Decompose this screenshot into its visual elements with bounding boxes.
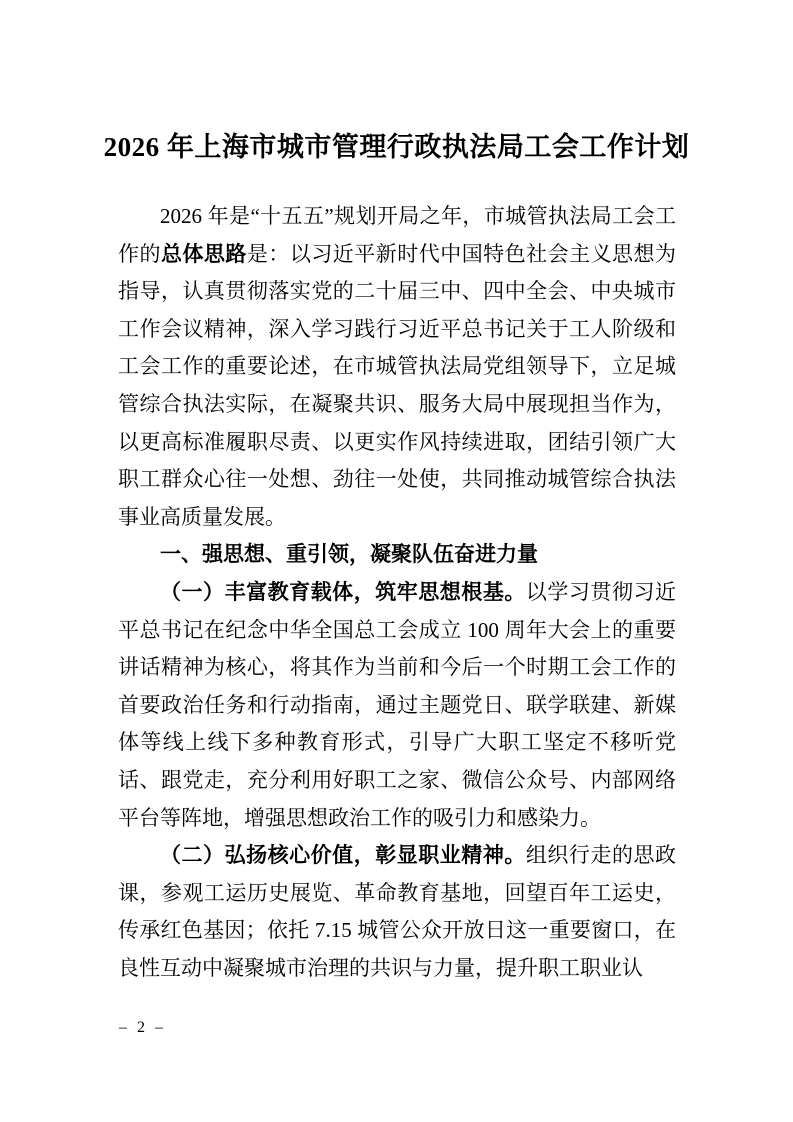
section-1-item-1: （一）丰富教育载体，筑牢思想根基。以学习贯彻习近平总书记在纪念中华全国总工会成立… <box>118 574 676 837</box>
document-body: 2026 年是“十五五”规划开局之年，市城管执法局工会工作的总体思路是：以习近平… <box>118 198 676 987</box>
document-title: 2026 年上海市城市管理行政执法局工会工作计划 <box>60 127 733 167</box>
intro-paragraph: 2026 年是“十五五”规划开局之年，市城管执法局工会工作的总体思路是：以习近平… <box>118 198 676 536</box>
section-1-item-2: （二）弘扬核心价值，彰显职业精神。组织行走的思政课，参观工运历史展览、革命教育基… <box>118 837 676 987</box>
item-2-lead: （二）弘扬核心价值，彰显职业精神。 <box>160 843 526 867</box>
item-1-body: 以学习贯彻习近平总书记在纪念中华全国总工会成立 100 周年大会上的重要讲话精神… <box>118 580 676 830</box>
item-1-lead: （一）丰富教育载体，筑牢思想根基。 <box>160 580 526 604</box>
document-page: 2026 年上海市城市管理行政执法局工会工作计划 2026 年是“十五五”规划开… <box>0 0 793 1122</box>
page-number: – 2 – <box>119 1018 166 1038</box>
intro-keyword-overall-approach: 总体思路 <box>161 242 247 266</box>
section-1-heading: 一、强思想、重引领，凝聚队伍奋进力量 <box>118 536 676 574</box>
intro-text-post: 是：以习近平新时代中国特色社会主义思想为指导，认真贯彻落实党的二十届三中、四中全… <box>118 242 676 529</box>
